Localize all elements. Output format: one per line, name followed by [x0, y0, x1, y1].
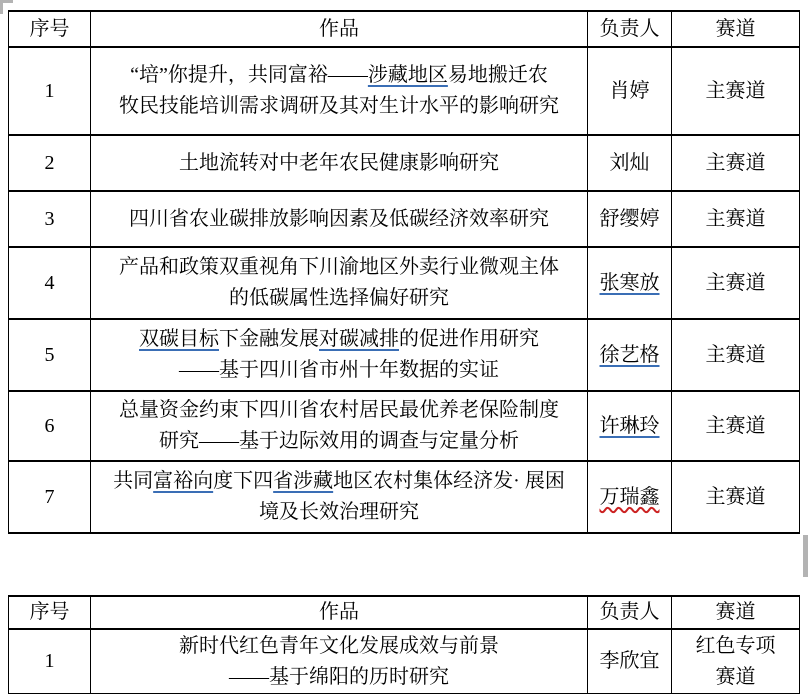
text-run: 度下四 [213, 470, 273, 492]
cell-leader: 许琳玲 [588, 391, 672, 461]
underlined-text-blue: 涉藏地区 [368, 64, 448, 86]
table-row: 6总量资金约束下四川省农村居民最优养老保险制度研究——基于边际效用的调查与定量分… [9, 391, 800, 461]
track-line: 赛道 [674, 662, 797, 693]
text-run: 刘灿 [610, 152, 650, 174]
cell-leader: 肖婷 [588, 47, 672, 135]
text-run: 牧民技能培训需求调研及其对生计水平的影响研究 [119, 95, 559, 117]
cell-track: 主赛道 [672, 461, 800, 533]
cell-no: 3 [9, 191, 91, 247]
text-run: 土地流转对中老年农民健康影响研究 [179, 152, 499, 174]
header-row: 序号作品负责人赛道 [9, 11, 800, 47]
table-select-handle-icon[interactable] [0, 0, 13, 14]
results-table-special: 序号作品负责人赛道1新时代红色青年文化发展成效与前景——基于绵阳的历时研究李欣宜… [8, 595, 800, 694]
text-run: 的促进作用研究 [399, 328, 539, 350]
cell-track: 主赛道 [672, 191, 800, 247]
cell-title: 双碳目标下金融发展对碳减排的促进作用研究——基于四川省市州十年数据的实证 [91, 319, 588, 391]
text-run: 境及长效治理研究 [259, 501, 419, 523]
text-run: 地区农村集体经济发· 展困 [333, 470, 565, 492]
text-run: 共同 [113, 470, 153, 492]
cell-no: 4 [9, 247, 91, 319]
cell-track: 主赛道 [672, 319, 800, 391]
underlined-text-blue: 徐艺格 [600, 344, 660, 366]
col-header-no: 序号 [9, 11, 91, 47]
table-row: 4产品和政策双重视角下川渝地区外卖行业微观主体的低碳属性选择偏好研究张寒放主赛道 [9, 247, 800, 319]
cell-no: 1 [9, 629, 91, 694]
table-row: 3四川省农业碳排放影响因素及低碳经济效率研究舒缨婷主赛道 [9, 191, 800, 247]
results-table-main: 序号作品负责人赛道1“培”你提升，共同富裕——涉藏地区易地搬迁农牧民技能培训需求… [8, 10, 800, 534]
text-run: 李欣宜 [600, 650, 660, 672]
underlined-text-blue: 双碳目标 [139, 328, 219, 350]
col-header-no: 序号 [9, 596, 91, 629]
cell-leader: 刘灿 [588, 135, 672, 191]
track-line: 红色专项 [674, 631, 797, 662]
title-line: “培”你提升，共同富裕——涉藏地区易地搬迁农 [93, 60, 585, 91]
cell-title: 四川省农业碳排放影响因素及低碳经济效率研究 [91, 191, 588, 247]
table-row: 5双碳目标下金融发展对碳减排的促进作用研究——基于四川省市州十年数据的实证徐艺格… [9, 319, 800, 391]
scrollbar-thumb[interactable] [803, 535, 808, 577]
track-line: 主赛道 [674, 411, 797, 442]
cell-leader: 舒缨婷 [588, 191, 672, 247]
track-line: 主赛道 [674, 204, 797, 235]
title-line: 新时代红色青年文化发展成效与前景 [93, 631, 585, 662]
underlined-text-blue: 省涉藏 [273, 470, 333, 492]
track-line: 主赛道 [674, 482, 797, 513]
title-line: 双碳目标下金融发展对碳减排的促进作用研究 [93, 324, 585, 355]
underlined-text-blue: 富裕向 [153, 470, 213, 492]
col-header-title: 作品 [91, 596, 588, 629]
cell-title: 土地流转对中老年农民健康影响研究 [91, 135, 588, 191]
cell-no: 1 [9, 47, 91, 135]
text-run: 下金融发展 [219, 328, 319, 350]
underlined-text-blue: 张寒放 [600, 272, 660, 294]
title-line: 共同富裕向度下四省涉藏地区农村集体经济发· 展困 [93, 466, 585, 497]
col-header-track: 赛道 [672, 11, 800, 47]
cell-title: “培”你提升，共同富裕——涉藏地区易地搬迁农牧民技能培训需求调研及其对生计水平的… [91, 47, 588, 135]
title-line: ——基于四川省市州十年数据的实证 [93, 355, 585, 386]
col-header-track: 赛道 [672, 596, 800, 629]
title-line: 总量资金约束下四川省农村居民最优养老保险制度 [93, 395, 585, 426]
title-line: ——基于绵阳的历时研究 [93, 662, 585, 693]
text-run: ——基于绵阳的历时研究 [229, 666, 449, 688]
cell-track: 主赛道 [672, 135, 800, 191]
table-header: 序号作品负责人赛道 [9, 11, 800, 47]
table-header: 序号作品负责人赛道 [9, 596, 800, 629]
cell-title: 共同富裕向度下四省涉藏地区农村集体经济发· 展困境及长效治理研究 [91, 461, 588, 533]
title-line: 的低碳属性选择偏好研究 [93, 283, 585, 314]
text-run: ——基于四川省市州十年数据的实证 [179, 359, 499, 381]
table-body: 1新时代红色青年文化发展成效与前景——基于绵阳的历时研究李欣宜红色专项赛道 [9, 629, 800, 694]
cell-title: 新时代红色青年文化发展成效与前景——基于绵阳的历时研究 [91, 629, 588, 694]
text-run: 产品和政策双重视角下川渝地区外卖行业微观主体 [119, 256, 559, 278]
table-body: 1“培”你提升，共同富裕——涉藏地区易地搬迁农牧民技能培训需求调研及其对生计水平… [9, 47, 800, 533]
cell-no: 5 [9, 319, 91, 391]
cell-no: 6 [9, 391, 91, 461]
track-line: 主赛道 [674, 340, 797, 371]
title-line: 牧民技能培训需求调研及其对生计水平的影响研究 [93, 91, 585, 122]
text-run: 新时代红色青年文化发展成效与前景 [179, 635, 499, 657]
title-line: 产品和政策双重视角下川渝地区外卖行业微观主体 [93, 252, 585, 283]
underlined-text-blue: 对碳减排 [319, 328, 399, 350]
text-run: “培”你提升，共同富裕—— [130, 64, 368, 86]
table-row: 7共同富裕向度下四省涉藏地区农村集体经济发· 展困境及长效治理研究万瑞鑫主赛道 [9, 461, 800, 533]
col-header-leader: 负责人 [588, 596, 672, 629]
cell-track: 红色专项赛道 [672, 629, 800, 694]
underlined-text-blue: 许琳玲 [600, 415, 660, 437]
cell-track: 主赛道 [672, 47, 800, 135]
cell-leader: 张寒放 [588, 247, 672, 319]
text-run: 易地搬迁农 [448, 64, 548, 86]
text-run: 肖婷 [610, 80, 650, 102]
track-line: 主赛道 [674, 76, 797, 107]
cell-track: 主赛道 [672, 391, 800, 461]
col-header-title: 作品 [91, 11, 588, 47]
text-run: 研究——基于边际效用的调查与定量分析 [159, 430, 519, 452]
cell-title: 总量资金约束下四川省农村居民最优养老保险制度研究——基于边际效用的调查与定量分析 [91, 391, 588, 461]
text-run: 总量资金约束下四川省农村居民最优养老保险制度 [119, 399, 559, 421]
text-run: 的低碳属性选择偏好研究 [229, 287, 449, 309]
cell-title: 产品和政策双重视角下川渝地区外卖行业微观主体的低碳属性选择偏好研究 [91, 247, 588, 319]
title-line: 土地流转对中老年农民健康影响研究 [93, 148, 585, 179]
cell-no: 7 [9, 461, 91, 533]
track-line: 主赛道 [674, 268, 797, 299]
cell-leader: 万瑞鑫 [588, 461, 672, 533]
underlined-text-red: 万瑞鑫 [600, 486, 660, 508]
cell-no: 2 [9, 135, 91, 191]
cell-track: 主赛道 [672, 247, 800, 319]
cell-leader: 徐艺格 [588, 319, 672, 391]
title-line: 境及长效治理研究 [93, 497, 585, 528]
track-line: 主赛道 [674, 148, 797, 179]
title-line: 四川省农业碳排放影响因素及低碳经济效率研究 [93, 204, 585, 235]
table-row: 1新时代红色青年文化发展成效与前景——基于绵阳的历时研究李欣宜红色专项赛道 [9, 629, 800, 694]
cell-leader: 李欣宜 [588, 629, 672, 694]
table-row: 2土地流转对中老年农民健康影响研究刘灿主赛道 [9, 135, 800, 191]
header-row: 序号作品负责人赛道 [9, 596, 800, 629]
text-run: 四川省农业碳排放影响因素及低碳经济效率研究 [129, 208, 549, 230]
table-row: 1“培”你提升，共同富裕——涉藏地区易地搬迁农牧民技能培训需求调研及其对生计水平… [9, 47, 800, 135]
text-run: 舒缨婷 [600, 208, 660, 230]
col-header-leader: 负责人 [588, 11, 672, 47]
title-line: 研究——基于边际效用的调查与定量分析 [93, 426, 585, 457]
